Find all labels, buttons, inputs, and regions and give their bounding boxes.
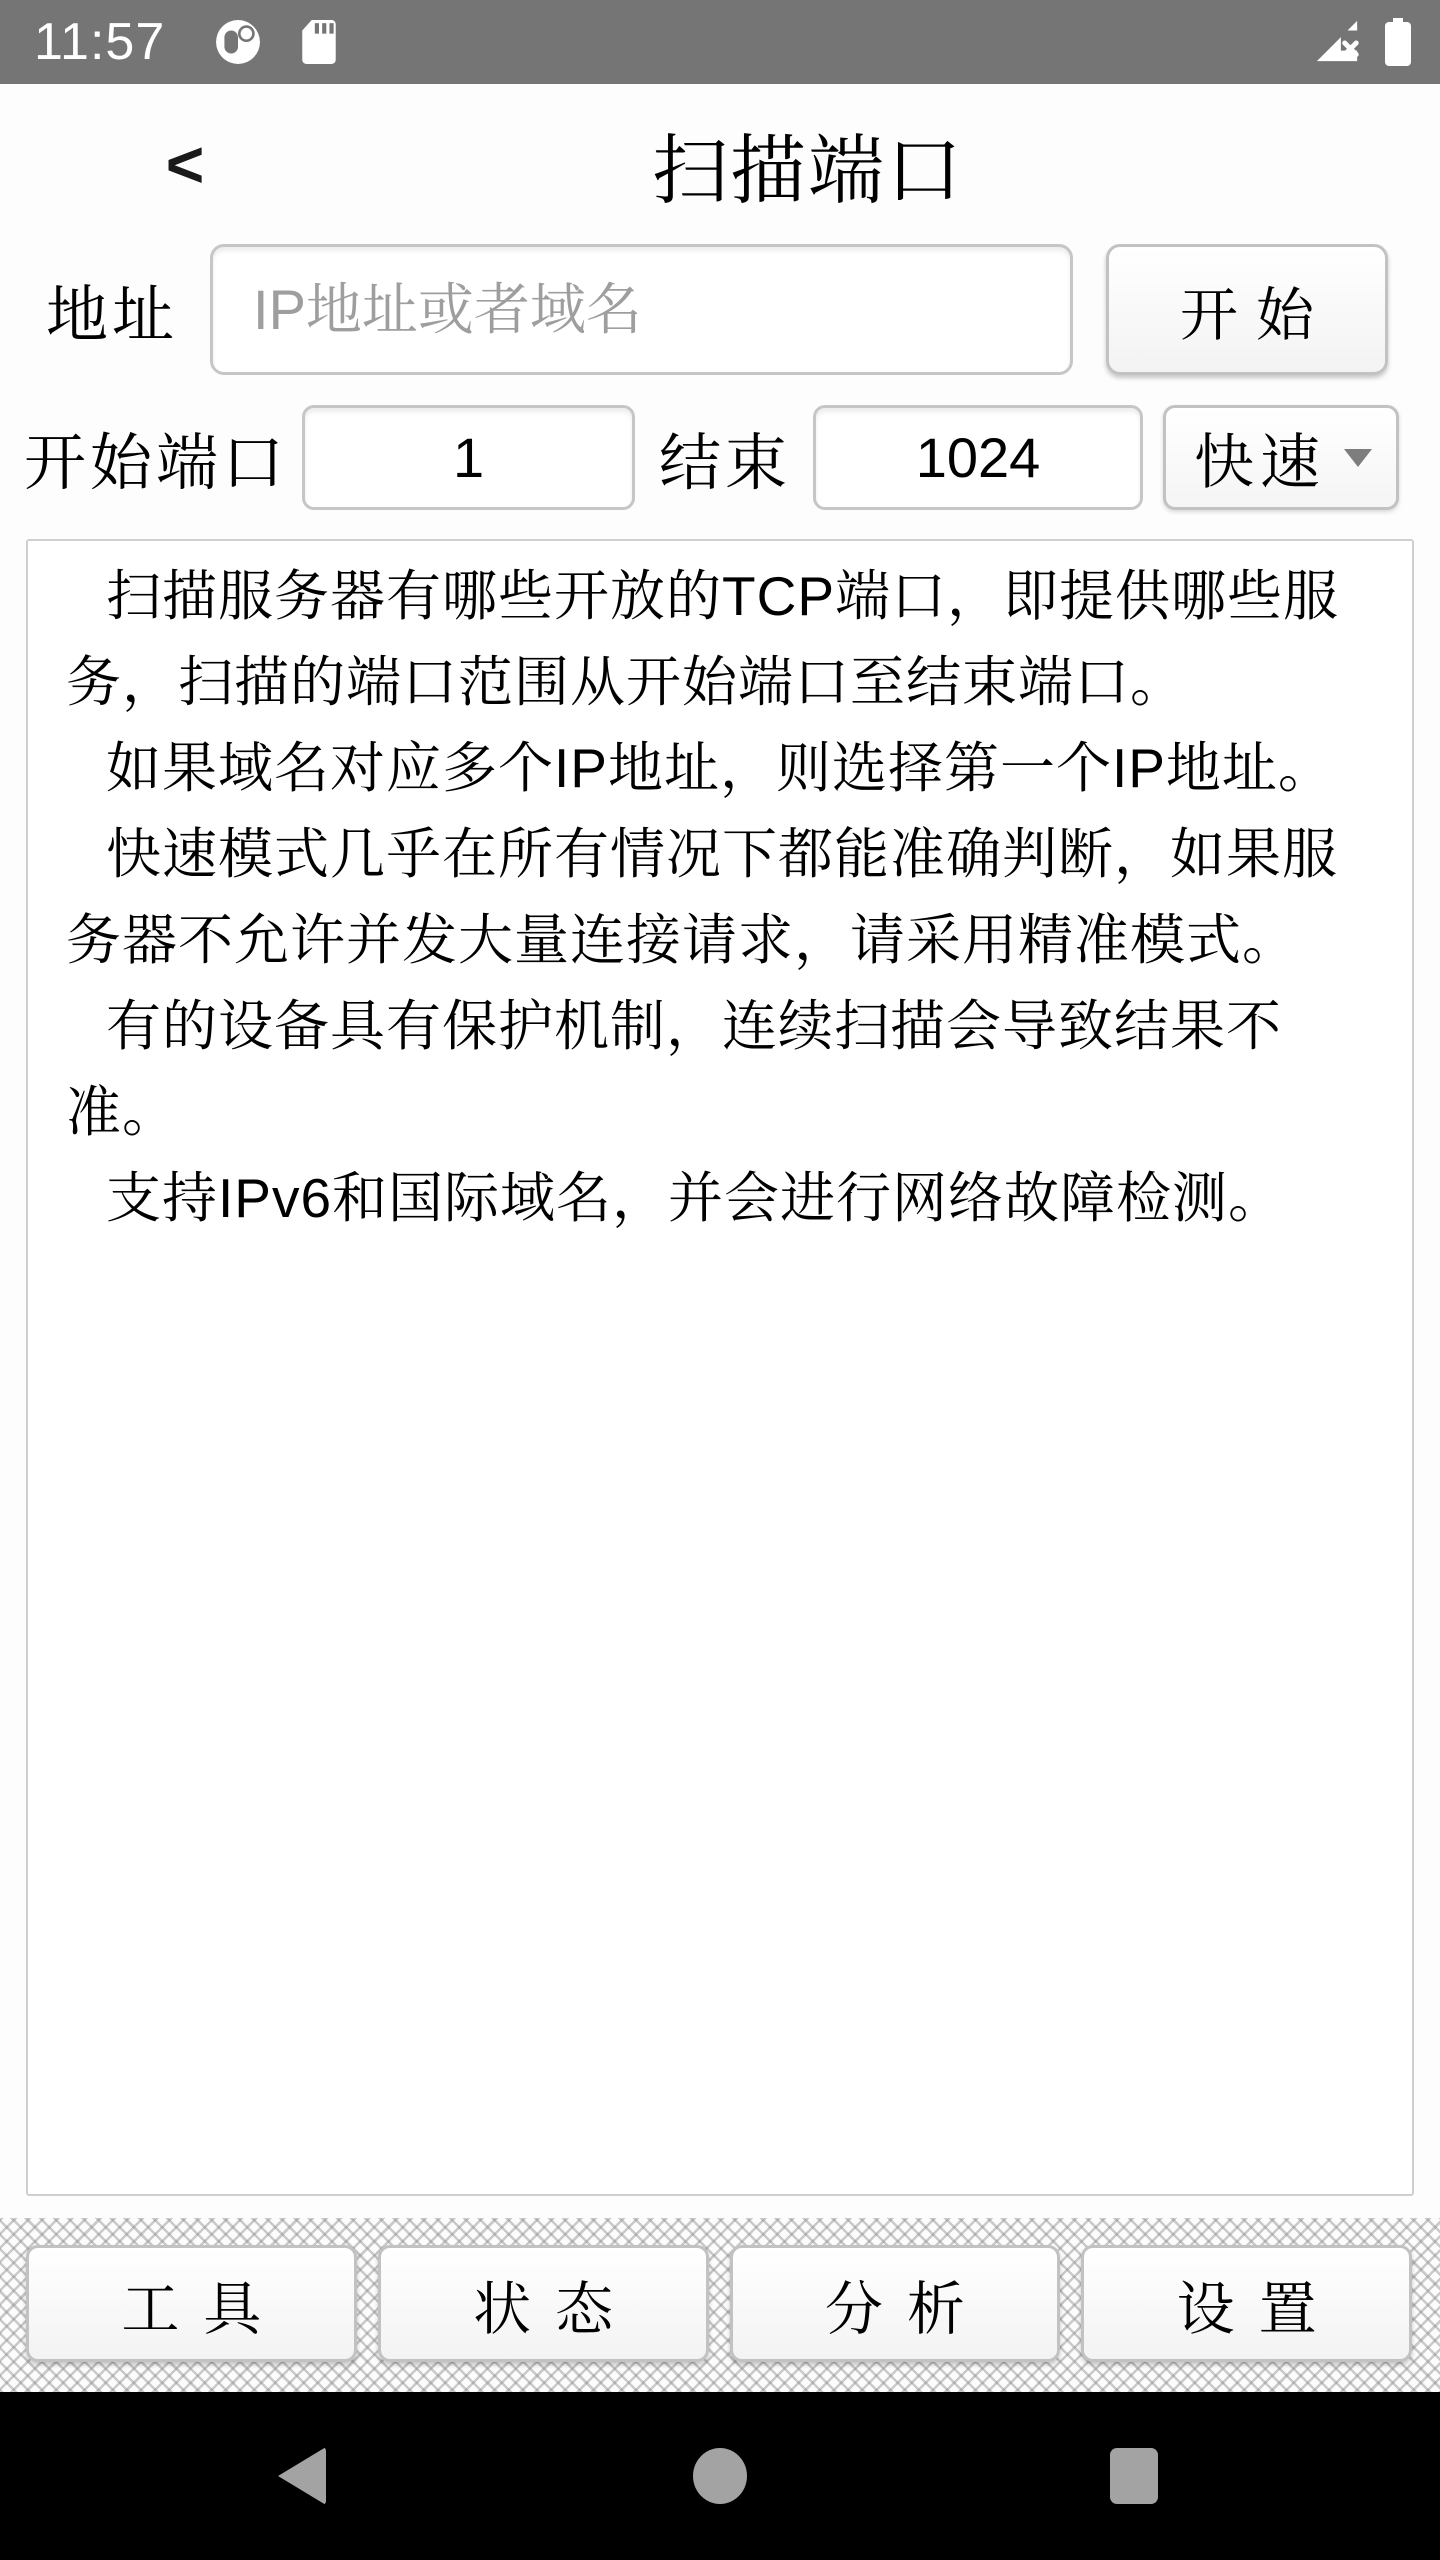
description-paragraph: 支持IPv6和国际域名，并会进行网络故障检测。 (66, 1155, 1374, 1241)
end-port-label: 结束 (659, 413, 791, 502)
notification-icons (215, 19, 337, 65)
address-label: 地址 (46, 265, 178, 354)
page-title: 扫描端口 (176, 84, 1440, 244)
status-bar: 11:57 (0, 0, 1440, 84)
recents-icon[interactable] (1110, 2448, 1158, 2504)
start-scan-button[interactable]: 开始 (1106, 244, 1388, 375)
description-paragraph: 快速模式几乎在所有情况下都能准确判断，如果服务器不允许并发大量连接请求，请采用精… (66, 811, 1374, 983)
notification-icon (215, 19, 261, 65)
clock: 11:57 (34, 0, 165, 84)
system-status-icons (1314, 18, 1412, 66)
end-port-input[interactable] (813, 405, 1143, 510)
chevron-down-icon (1344, 449, 1372, 467)
tools-button[interactable]: 工具 (26, 2245, 357, 2362)
battery-icon (1384, 18, 1412, 66)
scan-mode-value: 快速 (1194, 415, 1344, 501)
port-range-row: 开始端口 结束 快速 (0, 405, 1440, 510)
description-panel: 扫描服务器有哪些开放的TCP端口，即提供哪些服务，扫描的端口范围从开始端口至结束… (26, 539, 1414, 2196)
address-input[interactable] (210, 244, 1073, 375)
settings-button[interactable]: 设置 (1081, 2245, 1412, 2362)
back-icon[interactable] (278, 2447, 326, 2505)
sd-card-icon (301, 19, 337, 65)
header: < 扫描端口 (0, 84, 1440, 244)
start-port-input[interactable] (302, 405, 635, 510)
home-icon[interactable] (693, 2448, 747, 2504)
description-paragraph: 扫描服务器有哪些开放的TCP端口，即提供哪些服务，扫描的端口范围从开始端口至结束… (66, 553, 1374, 725)
bottom-toolbar: 工具 状态 分析 设置 (0, 2218, 1440, 2392)
start-port-label: 开始端口 (24, 413, 288, 502)
status-button[interactable]: 状态 (378, 2245, 709, 2362)
description-paragraph: 如果域名对应多个IP地址，则选择第一个IP地址。 (66, 725, 1374, 811)
app-screen: 11:57 (0, 0, 1440, 2560)
android-nav-bar (0, 2392, 1440, 2560)
scan-mode-dropdown[interactable]: 快速 (1163, 405, 1399, 510)
address-row: 地址 开始 (0, 244, 1440, 375)
cellular-no-signal-icon (1314, 19, 1362, 65)
analysis-button[interactable]: 分析 (730, 2245, 1061, 2362)
description-paragraph: 有的设备具有保护机制，连续扫描会导致结果不准。 (66, 983, 1374, 1155)
